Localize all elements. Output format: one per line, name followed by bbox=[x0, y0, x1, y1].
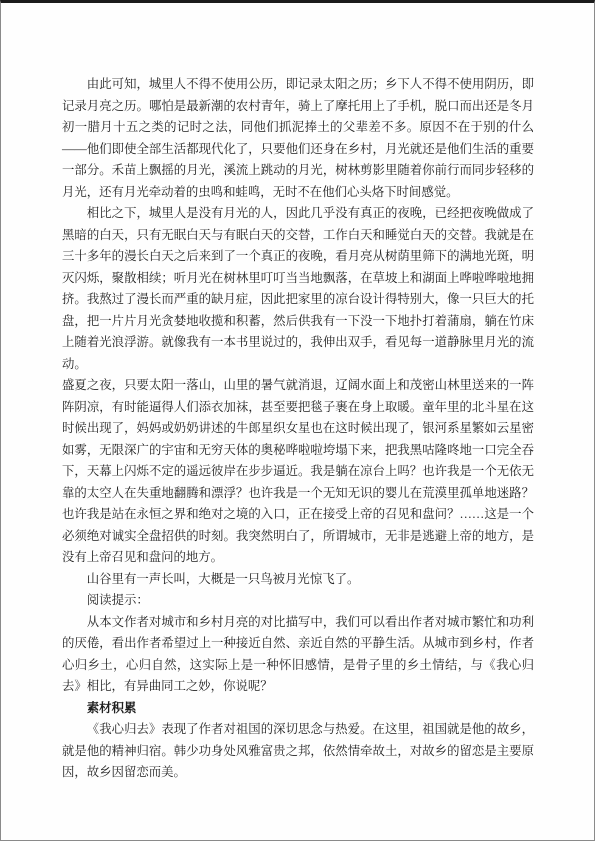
body-paragraph-4: 山谷里有一声长叫，大概是一只鸟被月光惊飞了。 bbox=[62, 569, 534, 591]
material-paragraph: 《我心归去》表现了作者对祖国的深切思念与热爱。在这里，祖国就是他的故乡，就是他的… bbox=[62, 719, 534, 784]
material-accumulation-heading: 素材积累 bbox=[62, 698, 534, 720]
reading-hint-paragraph: 从本文作者对城市和乡村月亮的对比描写中，我们可以看出作者对城市繁忙和功利的厌倦，… bbox=[62, 612, 534, 698]
document-page: 由此可知，城里人不得不使用公历，即记录太阳之历；乡下人不得不使用阴历，即记录月亮… bbox=[0, 0, 595, 841]
text-block: 由此可知，城里人不得不使用公历，即记录太阳之历；乡下人不得不使用阴历，即记录月亮… bbox=[62, 74, 534, 784]
body-paragraph-2: 相比之下，城里人是没有月光的人，因此几乎没有真正的夜晚，已经把夜晚做成了黑暗的白… bbox=[62, 203, 534, 375]
body-paragraph-1: 由此可知，城里人不得不使用公历，即记录太阳之历；乡下人不得不使用阴历，即记录月亮… bbox=[62, 74, 534, 203]
body-paragraph-3: 盛夏之夜，只要太阳一落山，山里的暑气就消退，辽阔水面上和茂密山林里送来的一阵阵阴… bbox=[62, 375, 534, 569]
reading-hint-label: 阅读提示： bbox=[62, 590, 534, 612]
